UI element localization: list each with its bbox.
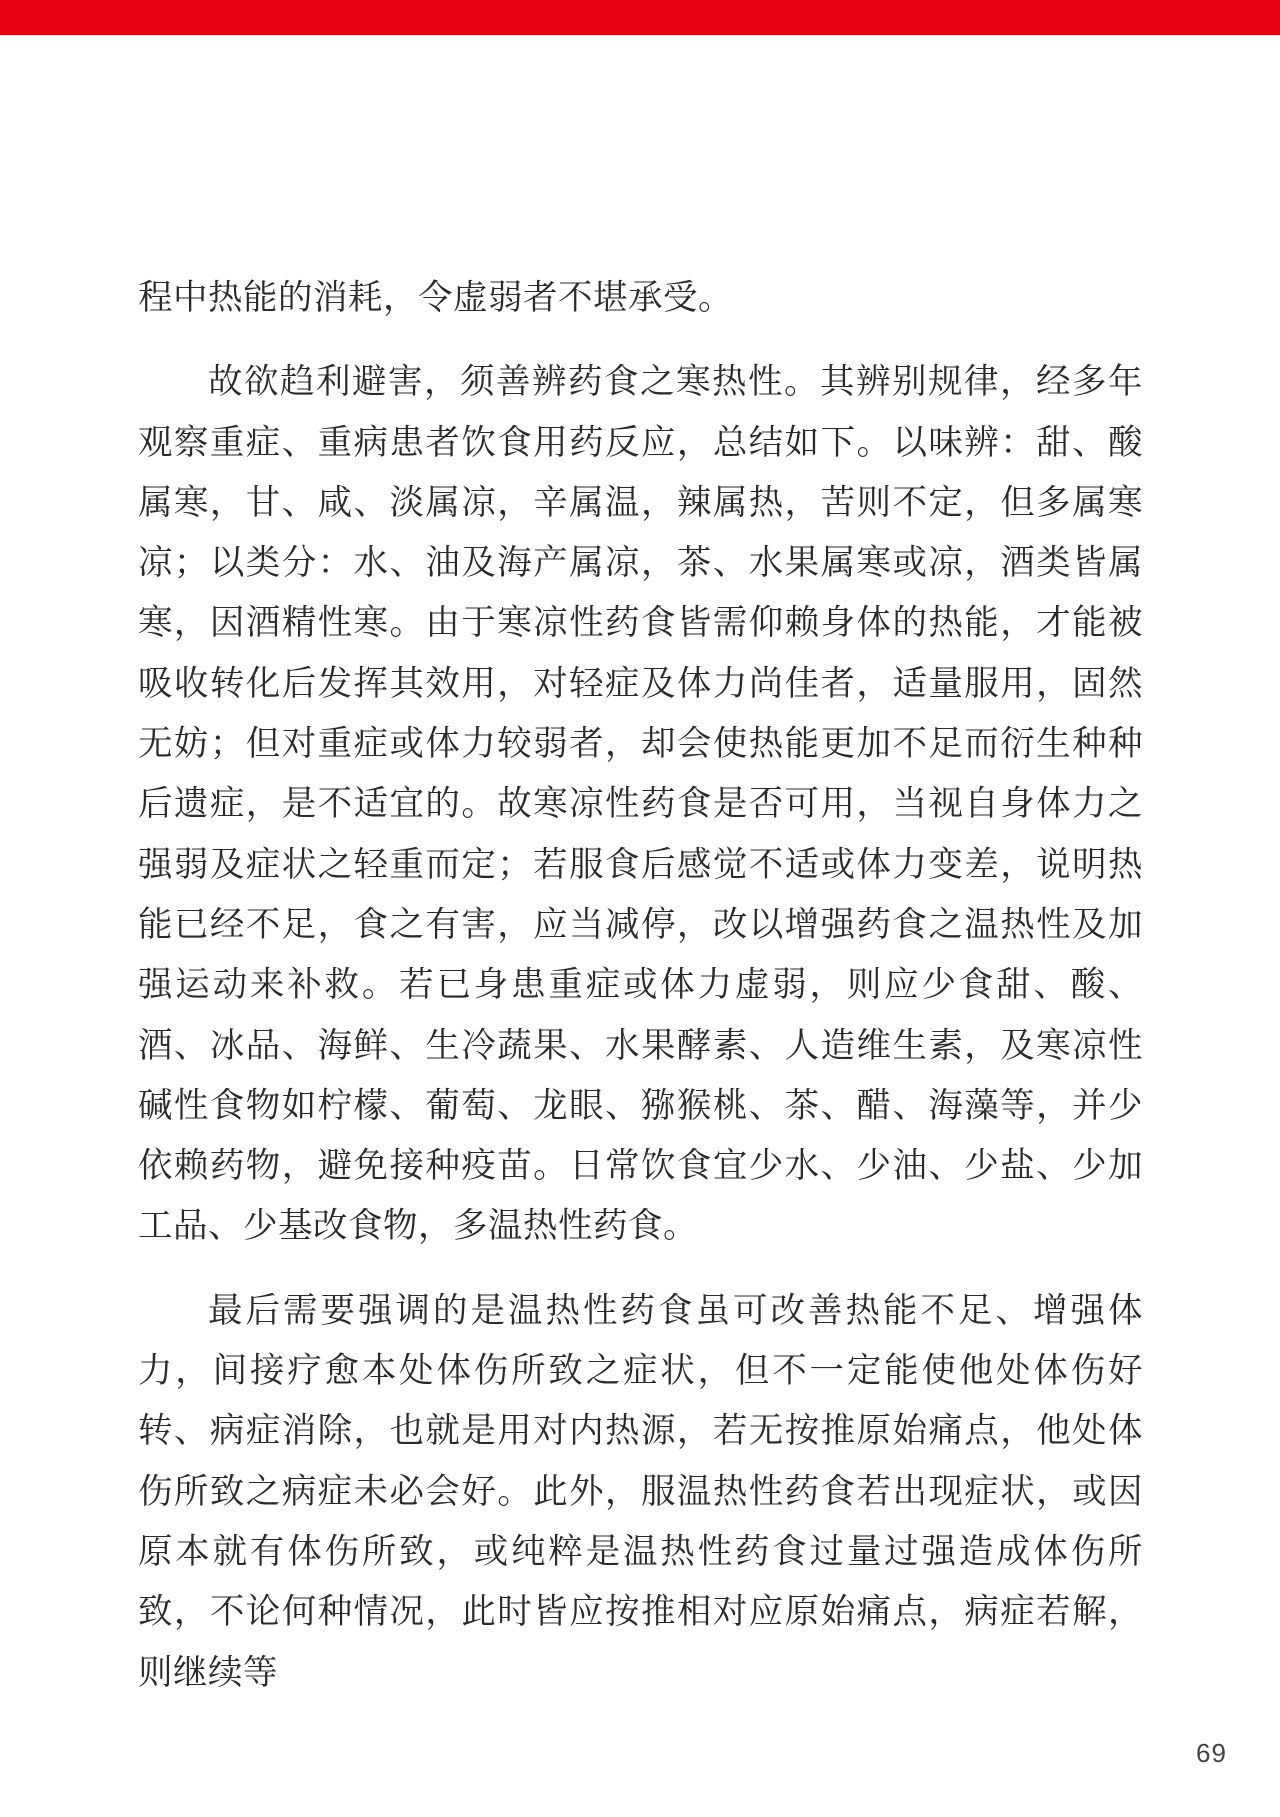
page-body: 程中热能的消耗，令虚弱者不堪承受。 故欲趋利避害，须善辨药食之寒热性。其辨别规律…	[138, 268, 1143, 1703]
header-color-bar	[0, 0, 1280, 35]
page-number: 69	[1196, 1738, 1227, 1769]
paragraph-final-emphasis: 最后需要强调的是温热性药食虽可改善热能不足、增强体力，间接疗愈本处体伤所致之症状…	[138, 1281, 1143, 1703]
paragraph-food-nature-rules: 故欲趋利避害，须善辨药食之寒热性。其辨别规律，经多年观察重症、重病患者饮食用药反…	[138, 352, 1143, 1256]
paragraph-continuation: 程中热能的消耗，令虚弱者不堪承受。	[138, 268, 1143, 328]
